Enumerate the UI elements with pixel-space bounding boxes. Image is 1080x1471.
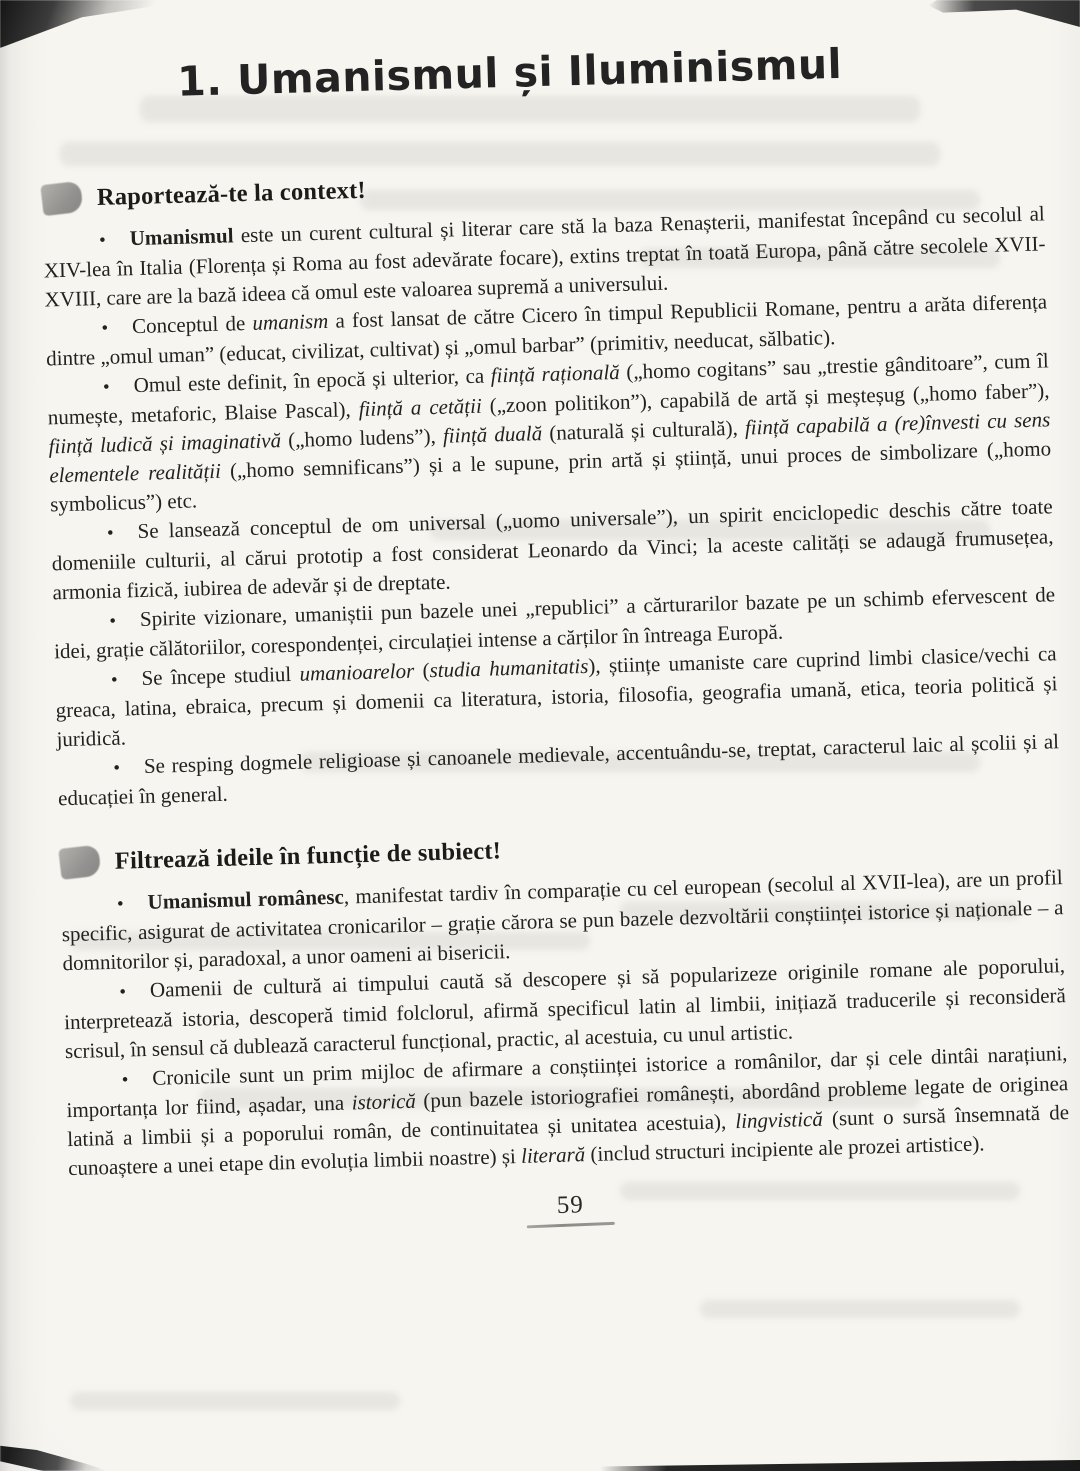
text-segment: ființă ludică și imaginativă — [48, 428, 281, 458]
text-segment: („homo ludens”), — [281, 424, 443, 452]
bullet-dot-icon: • — [99, 229, 130, 251]
bullet-dot-icon: • — [111, 669, 142, 691]
text-segment: (includ structuri incipiente ale prozei … — [585, 1131, 985, 1166]
section-marker-icon — [40, 181, 83, 216]
scan-artifact-top-right — [928, 0, 1080, 30]
section-filter: Filtrează ideile în funcție de subiect! … — [59, 820, 1070, 1183]
scanned-book-page: { "page": { "title": "1. Umanismul și Il… — [0, 0, 1080, 1471]
page-number-rule — [527, 1222, 615, 1229]
text-segment: umanism — [252, 309, 328, 335]
bullet-dot-icon: • — [101, 317, 132, 339]
section-context: Raportează-te la context! •Umanismul est… — [41, 156, 1060, 813]
text-segment: istorică — [351, 1089, 416, 1115]
text-segment: (naturală și culturală), — [542, 416, 745, 445]
bullet-list: •Umanismul românesc, manifestat tardiv î… — [61, 863, 1071, 1183]
bullet-dot-icon: • — [109, 610, 140, 632]
text-segment: ( — [414, 658, 430, 682]
bullet-dot-icon: • — [113, 757, 144, 779]
bleed-through-artifact — [70, 1392, 400, 1410]
bullet-paragraph: •Omul este definit, în epocă și ulterior… — [47, 346, 1053, 519]
page-content: 1. Umanismul și Iluminismul Raportează-t… — [38, 34, 1072, 1240]
section-marker-icon — [58, 845, 101, 880]
text-segment: Se începe studiul — [141, 662, 300, 690]
text-segment: ființă duală — [443, 421, 543, 448]
bullet-dot-icon: • — [107, 522, 138, 544]
text-segment: ființă rațională — [490, 360, 620, 387]
bullet-dot-icon: • — [103, 376, 134, 398]
text-segment: studia humanitatis — [429, 654, 588, 682]
scan-artifact-top-left — [0, 0, 195, 48]
page-footer: 59 — [69, 1178, 1072, 1240]
text-segment: lingvistică — [735, 1107, 823, 1133]
text-segment: Conceptul de — [132, 311, 253, 338]
scan-artifact-bottom-left — [0, 1436, 108, 1471]
scan-artifact-bottom-edge — [600, 1459, 1080, 1471]
bullet-list: •Umanismul este un curent cultural și li… — [43, 199, 1061, 813]
bullet-dot-icon: • — [119, 981, 150, 1003]
text-segment: Umanismul — [129, 223, 233, 250]
bleed-through-artifact — [700, 1300, 1020, 1318]
section-heading: Raportează-te la context! — [97, 176, 367, 211]
page-title: 1. Umanismul și Iluminismul — [38, 36, 981, 109]
section-heading: Filtrează ideile în funcție de subiect! — [114, 837, 501, 875]
text-segment: literară — [521, 1142, 586, 1168]
bullet-dot-icon: • — [121, 1069, 152, 1091]
text-segment: ființă a cetății — [358, 394, 482, 421]
bullet-dot-icon: • — [117, 893, 148, 915]
text-segment: umanioarelor — [299, 659, 414, 686]
text-segment: Umanismul românesc — [147, 885, 344, 914]
